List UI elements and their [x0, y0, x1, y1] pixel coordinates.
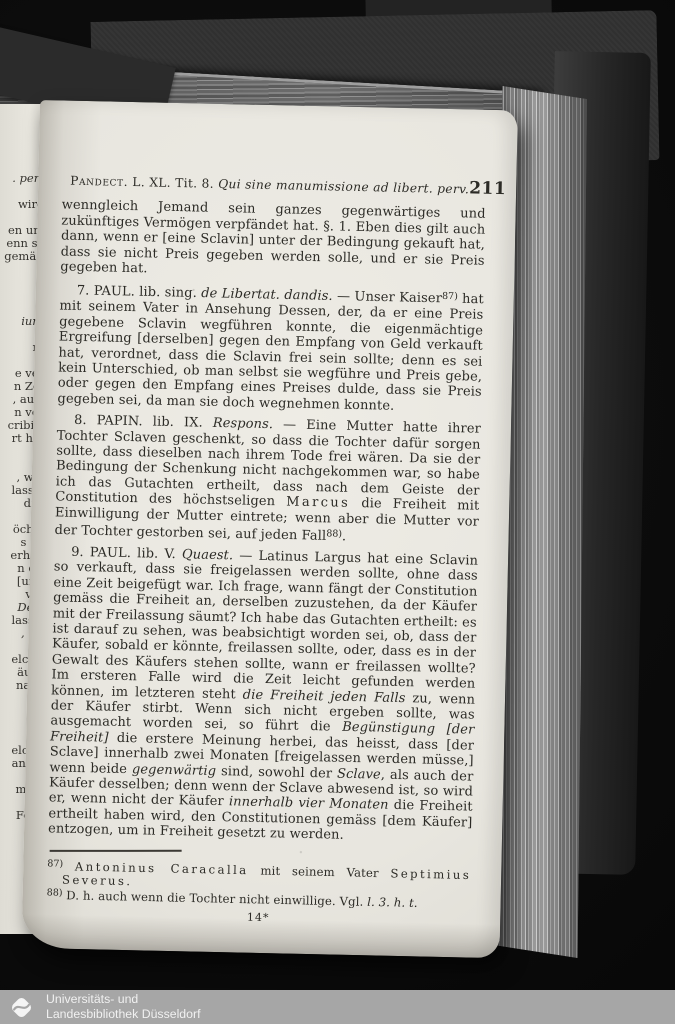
right-page: Pandect. L. XL. Tit. 8. Qui sine manumis…	[22, 100, 518, 958]
library-name: Universitäts- und Landesbibliothek Düsse…	[46, 992, 201, 1022]
running-title: Pandect. L. XL. Tit. 8. Qui sine manumis…	[70, 174, 469, 198]
page-body-text: wenngleich Jemand sein ganzes gegenwärti…	[48, 198, 486, 846]
body-paragraph: wenngleich Jemand sein ganzes gegenwärti…	[60, 198, 486, 284]
scanned-book-page-photo: . perv.wird,en undenn siegemässiunt.n.)e…	[0, 0, 675, 1024]
library-footer-bar: Universitäts- und Landesbibliothek Düsse…	[0, 990, 675, 1024]
library-name-line2: Landesbibliothek Düsseldorf	[46, 1007, 201, 1022]
body-paragraph: 7. PAUL. lib. sing. de Libertat. dandis.…	[57, 281, 484, 416]
footnotes: 87) Antoninus Caracalla mit seinem Vater…	[47, 857, 472, 912]
page-number: 211	[469, 181, 506, 197]
body-paragraph: 8. PAPIN. lib. IX. Respons. — Eine Mutte…	[54, 413, 481, 548]
library-name-line1: Universitäts- und	[46, 992, 201, 1007]
page-text-block: Pandect. L. XL. Tit. 8. Qui sine manumis…	[46, 173, 486, 930]
library-logo-icon	[8, 994, 35, 1021]
body-paragraph: 9. PAUL. lib. V. Quaest. — Latinus Largu…	[48, 544, 478, 846]
footnote-rule	[50, 849, 182, 851]
page-header: Pandect. L. XL. Tit. 8. Qui sine manumis…	[62, 173, 486, 199]
